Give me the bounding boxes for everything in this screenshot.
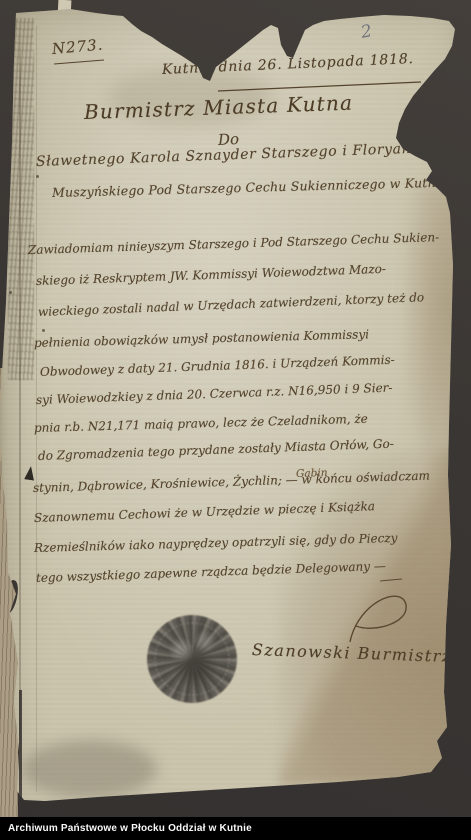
manuscript-page: N273. Kutnie dnia 26. Listopada 1818. 2 … [0,0,471,840]
archive-watermark-label: Archiwum Państwowe w Płocku Oddział w Ku… [8,823,252,834]
paper-speck [9,291,12,294]
body-line: syi Woiewodzkiey z dnia 20. Czerwca r.z.… [36,381,393,407]
scanned-manuscript-viewer: N273. Kutnie dnia 26. Listopada 1818. 2 … [0,0,471,840]
document-number: N273. [51,36,104,58]
pencil-folio-number: 2 [359,21,373,43]
paper-slit [19,690,22,798]
address-line: Muszyńskiego Pod Starszego Cechu Sukienn… [52,175,448,200]
body-line: wieckiego zostali nadal w Urzędach zatwi… [38,290,425,319]
round-ink-seal-stamp [147,615,237,703]
body-line: Zawiadomiam ninieyszym Starszego i Pod S… [28,230,440,257]
archive-watermark-bar: Archiwum Państwowe w Płocku Oddział w Ku… [0,817,471,840]
docnum-underline [54,60,104,64]
fold-crease [36,26,37,792]
body-line: pełnienia obowiązków umysł postanowienia… [34,327,369,350]
dateline: Kutnie dnia 26. Listopada 1818. [162,51,414,78]
paper-speck [42,329,45,332]
fold-crease [19,20,21,798]
inserted-word: Gąbin [296,467,328,480]
paper-stain [22,740,157,798]
body-line: pnia r.b. N21,171 maią prawo, lecz że Cz… [34,412,368,435]
ink-blot [24,465,36,480]
body-line: skiego iż Reskryptem JW. Kommissyi Woiew… [36,262,386,288]
frayed-binding-edge [8,18,34,380]
body-line: Obwodowey z daty 21. Grudnia 1816. i Urz… [40,353,395,379]
paper-speck [36,175,39,178]
